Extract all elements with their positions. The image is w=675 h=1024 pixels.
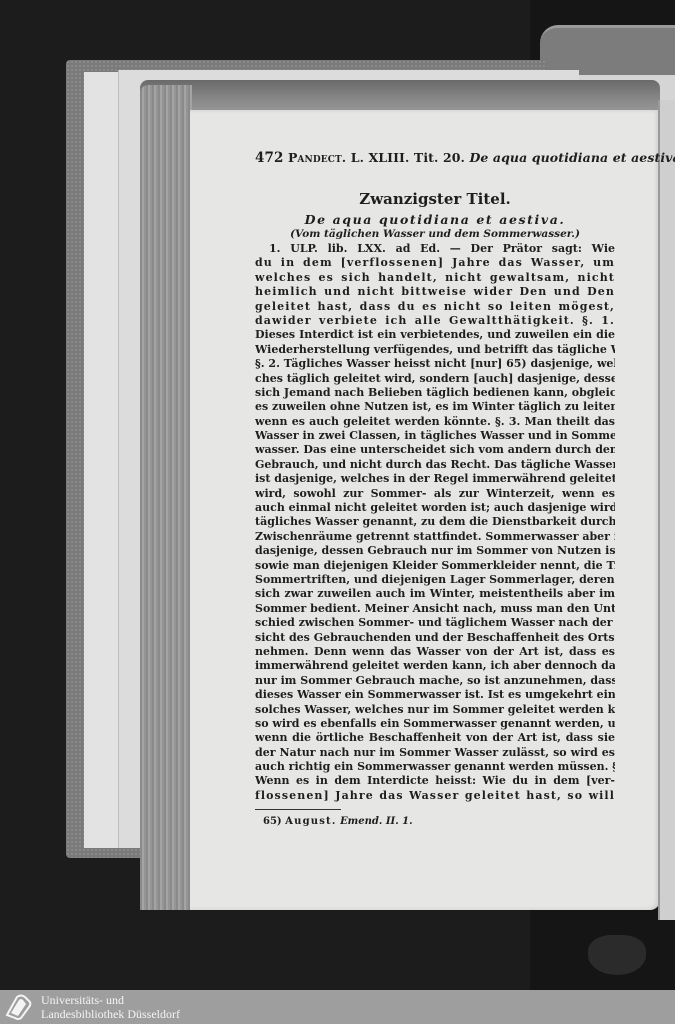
body-text: 1. ULP. lib. LXX. ad Ed. — Der Prätor sa… bbox=[255, 242, 615, 803]
footnote-rule bbox=[255, 809, 341, 810]
running-head-title: De aqua quotidiana et aestiva. bbox=[469, 150, 675, 165]
text-line: schied zwischen Sommer- und täglichem Wa… bbox=[255, 616, 615, 630]
text-line: nur im Sommer Gebrauch mache, so ist anz… bbox=[255, 674, 615, 688]
text-line: welches es sich handelt, nicht gewaltsam… bbox=[255, 271, 615, 285]
text-line: sicht des Gebrauchenden und der Beschaff… bbox=[255, 631, 615, 645]
text-line: solches Wasser, welches nur im Sommer ge… bbox=[255, 703, 615, 717]
footnote-marker: 65) bbox=[263, 816, 282, 827]
text-line: sowie man diejenigen Kleider Sommerkleid… bbox=[255, 559, 615, 573]
text-line: so wird es ebenfalls ein Sommerwasser ge… bbox=[255, 717, 615, 731]
text-line: Wasser in zwei Classen, in tägliches Was… bbox=[255, 429, 615, 443]
latin-title: De aqua quotidiana et aestiva. bbox=[255, 212, 615, 227]
footnote-work: Emend. bbox=[340, 816, 382, 827]
page-block-side-edge bbox=[140, 85, 192, 910]
text-line: ist dasjenige, welches in der Regel imme… bbox=[255, 472, 615, 486]
text-line: der Natur nach nur im Sommer Wasser zulä… bbox=[255, 746, 615, 760]
text-line: dieses Wasser ein Sommerwasser ist. Ist … bbox=[255, 688, 615, 702]
text-line: wenn die örtliche Beschaffenheit von der… bbox=[255, 731, 615, 745]
text-line: flossenen] Jahre das Wasser geleitet has… bbox=[255, 789, 615, 803]
text-line: Gebrauch, und nicht durch das Recht. Das… bbox=[255, 458, 615, 472]
text-line: §. 2. Tägliches Wasser heisst nicht [nur… bbox=[255, 357, 615, 371]
running-head-book: L. XLIII. Tit. 20. bbox=[351, 150, 465, 165]
text-line: Zwischenräume getrennt stattfindet. Somm… bbox=[255, 530, 615, 544]
text-line: Wiederherstellung verfügendes, und betri… bbox=[255, 343, 615, 357]
text-line: Dieses Interdict ist ein verbietendes, u… bbox=[255, 328, 615, 342]
facing-page-edge bbox=[658, 100, 675, 920]
text-line: immerwährend geleitet werden kann, ich a… bbox=[255, 659, 615, 673]
text-line: Wenn es in dem Interdicte heisst: Wie du… bbox=[255, 774, 615, 788]
text-line: wenn es auch geleitet werden könnte. §. … bbox=[255, 415, 615, 429]
text-line: sich zwar zuweilen auch im Winter, meist… bbox=[255, 587, 615, 601]
text-line: Sommer bedient. Meiner Ansicht nach, mus… bbox=[255, 602, 615, 616]
text-line: es zuweilen ohne Nutzen ist, es im Winte… bbox=[255, 400, 615, 414]
running-head-series: Pandect. bbox=[288, 150, 346, 165]
institution-line-2: Landesbibliothek Düsseldorf bbox=[41, 1007, 180, 1021]
text-line: geleitet hast, dass du es nicht so leite… bbox=[255, 300, 615, 314]
scanner-knob bbox=[588, 935, 646, 975]
text-line: tägliches Wasser genannt, zu dem die Die… bbox=[255, 515, 615, 529]
german-title: (Vom täglichen Wasser und dem Sommerwass… bbox=[255, 227, 615, 241]
text-line: dasjenige, dessen Gebrauch nur im Sommer… bbox=[255, 544, 615, 558]
text-line: wasser. Das eine unterscheidet sich vom … bbox=[255, 443, 615, 457]
footnote: 65) August. Emend. II. 1. bbox=[255, 816, 615, 827]
text-line: dawider verbiete ich alle Gewaltthätigke… bbox=[255, 314, 615, 328]
page-text: 472 Pandect. L. XLIII. Tit. 20. De aqua … bbox=[255, 150, 615, 827]
text-line: wird, sowohl zur Sommer- als zur Winterz… bbox=[255, 487, 615, 501]
text-line: ches täglich geleitet wird, sondern [auc… bbox=[255, 372, 615, 386]
text-line: Sommertriften, und diejenigen Lager Somm… bbox=[255, 573, 615, 587]
institution-line-1: Universitäts- und bbox=[41, 993, 180, 1007]
ulb-book-logo-icon bbox=[3, 993, 33, 1021]
text-line: du in dem [verflossenen] Jahre das Wasse… bbox=[255, 256, 615, 270]
text-line: auch richtig ein Sommerwasser genannt we… bbox=[255, 760, 615, 774]
page-number: 472 bbox=[255, 150, 283, 166]
text-line: auch einmal nicht geleitet worden ist; a… bbox=[255, 501, 615, 515]
text-line: heimlich und nicht bittweise wider Den u… bbox=[255, 285, 615, 299]
footnote-ref: II. 1. bbox=[386, 816, 413, 827]
footer-bar: Universitäts- und Landesbibliothek Düsse… bbox=[0, 990, 675, 1024]
text-line: nehmen. Denn wenn das Wasser von der Art… bbox=[255, 645, 615, 659]
running-head: 472 Pandect. L. XLIII. Tit. 20. De aqua … bbox=[255, 150, 615, 166]
text-line: sich Jemand nach Belieben täglich bedien… bbox=[255, 386, 615, 400]
section-heading: Zwanzigster Titel. bbox=[255, 190, 615, 208]
institution-name: Universitäts- und Landesbibliothek Düsse… bbox=[41, 993, 180, 1021]
text-line: 1. ULP. lib. LXX. ad Ed. — Der Prätor sa… bbox=[255, 242, 615, 256]
footnote-author: August. bbox=[285, 816, 336, 827]
